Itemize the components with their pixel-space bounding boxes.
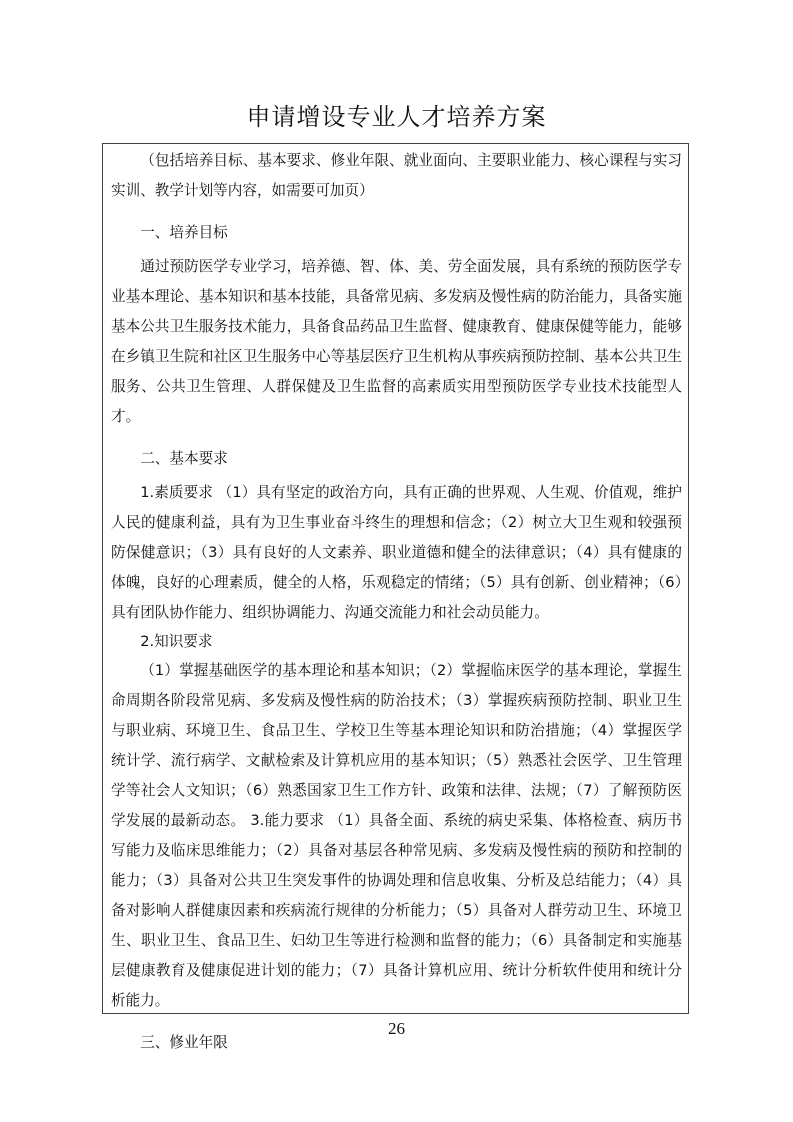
- knowledge-requirements-label: 2.知识要求: [111, 628, 682, 656]
- intro-note: （包括培养目标、基本要求、修业年限、就业面向、主要职业能力、核心课程与实习实训、…: [111, 146, 682, 206]
- page-title: 申请增设专业人才培养方案: [0, 100, 793, 134]
- quality-requirements-paragraph: 1.素质要求 （1）具有坚定的政治方向，具有正确的世界观、人生观、价值观，维护人…: [111, 478, 682, 628]
- section-heading-basic-requirements: 二、基本要求: [111, 439, 682, 478]
- section-heading-training-goal: 一、培养目标: [111, 213, 682, 252]
- page-number: 26: [0, 1019, 793, 1039]
- form-frame: （包括培养目标、基本要求、修业年限、就业面向、主要职业能力、核心课程与实习实训、…: [102, 143, 689, 1014]
- training-goal-paragraph: 通过预防医学专业学习，培养德、智、体、美、劳全面发展，具有系统的预防医学专业基本…: [111, 252, 682, 432]
- knowledge-requirements-paragraph: （1）掌握基础医学的基本理论和基本知识；（2）掌握临床医学的基本理论，掌握生命周…: [111, 656, 682, 1016]
- form-content: （包括培养目标、基本要求、修业年限、就业面向、主要职业能力、核心课程与实习实训、…: [111, 146, 682, 1062]
